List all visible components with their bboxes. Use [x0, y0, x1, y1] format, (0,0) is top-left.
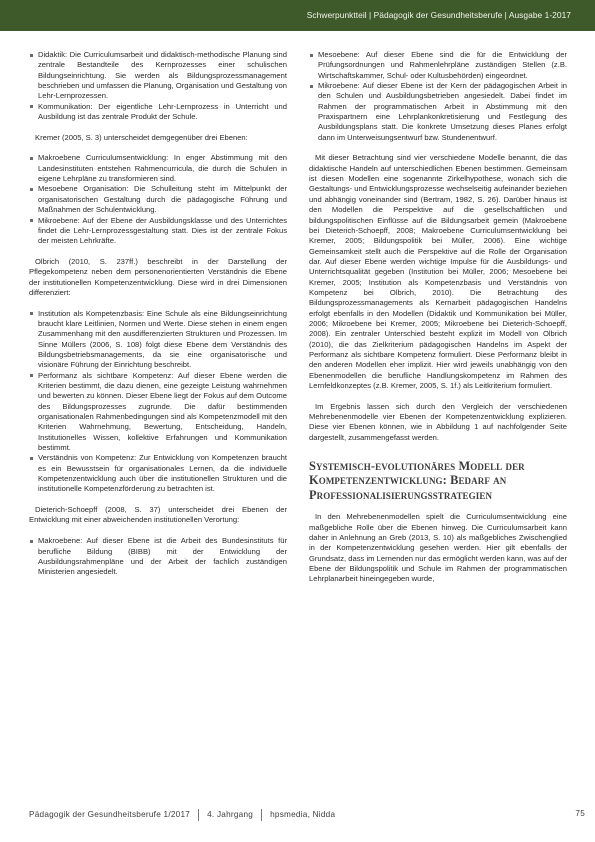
paragraph-kremer: Kremer (2005, S. 3) unterscheidet demgeg…	[29, 133, 287, 143]
page-number: 75	[575, 809, 585, 818]
bullet-list-kremer: Makroebene Curriculumsentwicklung: In en…	[29, 153, 287, 246]
list-item: Kommunikation: Der eigentliche Lehr-Lern…	[29, 102, 287, 123]
footer-journal: Pädagogik der Gesundheitsberufe 1/2017	[29, 810, 190, 819]
list-item: Mesoebene: Auf dieser Ebene sind die für…	[309, 50, 567, 81]
list-item: Mikroebene: Auf dieser Ebene ist der Ker…	[309, 81, 567, 143]
paragraph-comparison: Mit dieser Betrachtung sind vier verschi…	[309, 153, 567, 391]
left-column: Didaktik: Die Curriculumsarbeit und dida…	[29, 50, 287, 578]
list-item: Makroebene: Auf dieser Ebene ist die Arb…	[29, 536, 287, 577]
section-heading: Systemisch-evolutionäres Modell der Komp…	[309, 459, 567, 502]
list-item: Didaktik: Die Curriculumsarbeit und dida…	[29, 50, 287, 102]
paragraph-olbrich: Olbrich (2010, S. 237ff.) beschreibt in …	[29, 257, 287, 298]
footer-divider	[198, 809, 199, 821]
bullet-list-olbrich: Institution als Kompetenzbasis: Eine Sch…	[29, 309, 287, 495]
paragraph-dieterich-schoepff: Dieterich-Schoepff (2008, S. 37) untersc…	[29, 505, 287, 526]
running-title: Schwerpunktteil | Pädagogik der Gesundhe…	[307, 10, 571, 20]
bullet-list-mueller: Didaktik: Die Curriculumsarbeit und dida…	[29, 50, 287, 122]
footer-volume: 4. Jahrgang	[207, 810, 253, 819]
list-item: Institution als Kompetenzbasis: Eine Sch…	[29, 309, 287, 371]
list-item: Verständnis von Kompetenz: Zur Entwicklu…	[29, 453, 287, 494]
footer-publisher: hpsmedia, Nidda	[270, 810, 335, 819]
footer-divider	[261, 809, 262, 821]
list-item: Mesoebene Organisation: Die Schulleitung…	[29, 184, 287, 215]
list-item: Mikroebene: Auf der Ebene der Ausbildung…	[29, 216, 287, 247]
right-column: Mesoebene: Auf dieser Ebene sind die für…	[309, 50, 567, 585]
bullet-list-dieterich-schoepff: Makroebene: Auf dieser Ebene ist die Arb…	[29, 536, 287, 577]
paragraph-curriculum: In den Mehrebenenmodellen spielt die Cur…	[309, 512, 567, 584]
header-bar: Schwerpunktteil | Pädagogik der Gesundhe…	[0, 0, 595, 31]
footer: Pädagogik der Gesundheitsberufe 1/20174.…	[29, 809, 585, 823]
bullet-list-dieterich-schoepff-cont: Mesoebene: Auf dieser Ebene sind die für…	[309, 50, 567, 143]
paragraph-result: Im Ergebnis lassen sich durch den Vergle…	[309, 402, 567, 443]
list-item: Makroebene Curriculumsentwicklung: In en…	[29, 153, 287, 184]
list-item: Performanz als sichtbare Kompetenz: Auf …	[29, 371, 287, 454]
